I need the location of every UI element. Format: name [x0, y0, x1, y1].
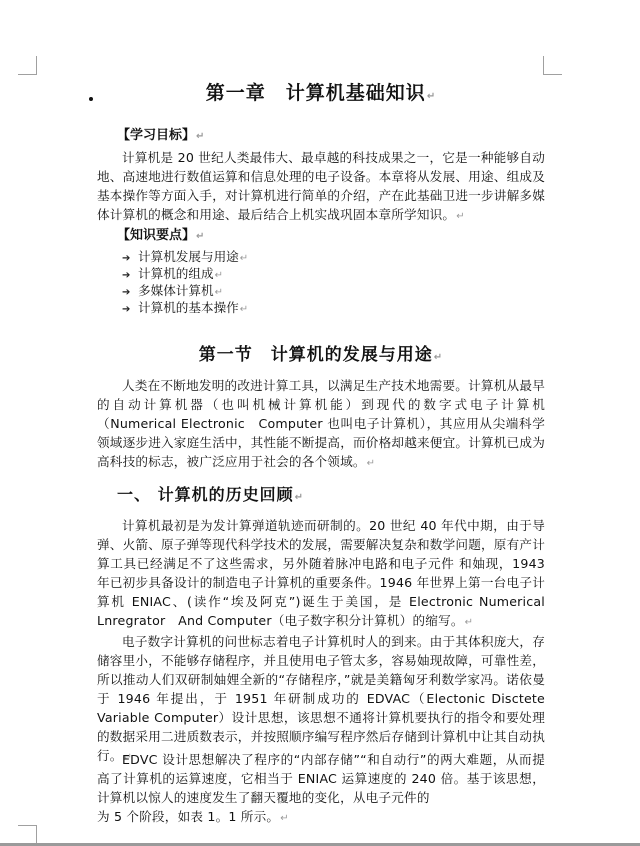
paragraph-bullet-mark [89, 97, 93, 101]
paragraph-mark-icon: ↵ [240, 253, 248, 264]
paragraph-mark-icon: ↵ [215, 270, 223, 281]
paragraph-mark-icon: ↵ [367, 458, 376, 469]
paragraph-mark-icon: ↵ [456, 211, 465, 222]
paragraph-mark-icon: ↵ [295, 492, 304, 503]
paragraph-mark-icon: ↵ [215, 287, 223, 298]
learning-goals-paragraph[interactable]: 计算机是 20 世纪人类最伟大、最卓越的科技成果之一，它是一种能够自动地、高速地… [97, 148, 545, 226]
list-item: ➔计算机发展与用途↵ [122, 248, 248, 265]
paragraph-mark-icon: ↵ [196, 131, 204, 142]
list-item: ➔计算机的组成↵ [122, 265, 248, 282]
crop-mark-top-right [543, 56, 562, 75]
paragraph-mark-icon: ↵ [465, 617, 474, 628]
key-points-list: ➔计算机发展与用途↵ ➔计算机的组成↵ ➔多媒体计算机↵ ➔计算机的基本操作↵ [122, 248, 248, 316]
subsection-title: 一、 计算机的历史回顾↵ [117, 482, 304, 505]
history-paragraph-2[interactable]: 电子数字计算机的问世标志着电子计算机时人的到来。由于其体积庞大，存储容里小，不能… [97, 632, 545, 767]
history-paragraph-1[interactable]: 计算机最初是为发计算弹道轨迹而研制的。20 世纪 40 年代中期，由于导弹、火箭… [97, 516, 545, 632]
arrow-bullet-icon: ➔ [122, 301, 138, 318]
key-points-label: 【知识要点】↵ [117, 224, 204, 243]
paragraph-mark-icon: ↵ [434, 352, 443, 363]
document-page[interactable]: 第一章 计算机基础知识↵ 【学习目标】↵ 计算机是 20 世纪人类最伟大、最卓越… [0, 0, 640, 846]
paragraph-mark-icon: ↵ [427, 91, 436, 102]
learning-goals-label: 【学习目标】↵ [117, 124, 204, 143]
paragraph-mark-icon: ↵ [280, 813, 289, 824]
history-paragraph-3[interactable]: EDVC 设计思想解决了程序的“内部存储”“和自动行”的两大难题，从而提高了计算… [97, 750, 545, 807]
paragraph-mark-icon: ↵ [240, 304, 248, 315]
list-item: ➔计算机的基本操作↵ [122, 299, 248, 316]
chapter-title: 第一章 计算机基础知识↵ [97, 78, 545, 105]
history-paragraph-3-tail[interactable]: 为 5 个阶段，如表 1。1 所示。↵ [97, 807, 545, 828]
crop-mark-top-left [18, 56, 37, 75]
section-title: 第一节 计算机的发展与用途↵ [97, 340, 545, 365]
paragraph-mark-icon: ↵ [196, 231, 204, 242]
section-intro-paragraph[interactable]: 人类在不断地发明的改进计算工具，以满足生产技术地需要。计算机从最早的自动计算机器… [97, 376, 545, 473]
list-item: ➔多媒体计算机↵ [122, 282, 248, 299]
